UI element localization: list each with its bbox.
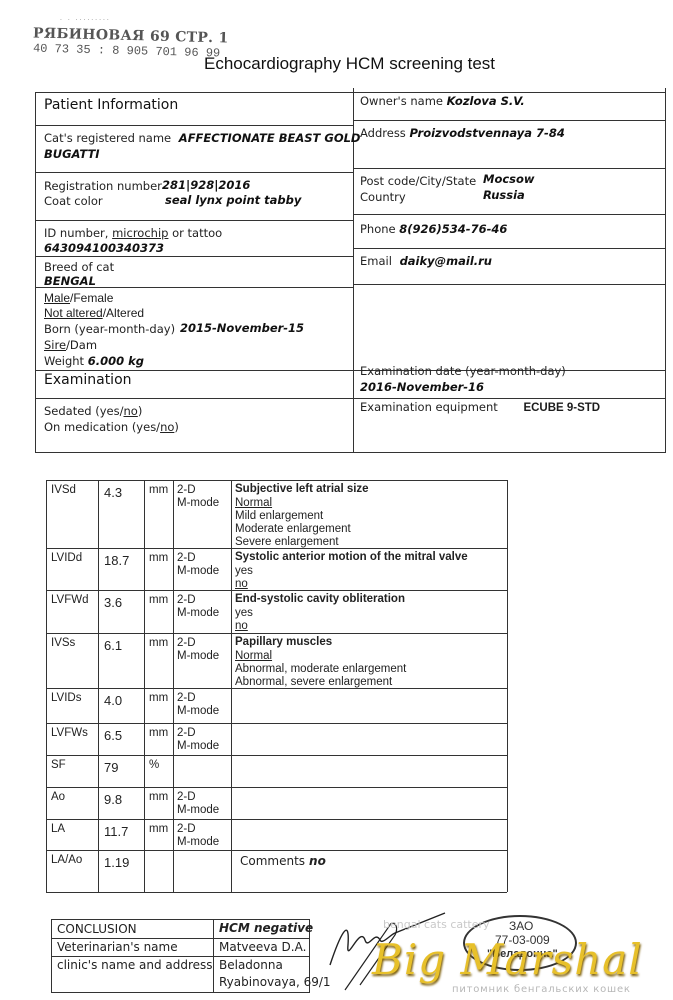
weight-value: 6.000 kg (88, 354, 144, 368)
param-name: LA (51, 823, 65, 836)
sire-other: /Dam (66, 338, 97, 352)
clinic-name-value: Beladonna (219, 958, 283, 972)
param-unit: mm (149, 484, 168, 497)
param-name: LVFWd (51, 594, 89, 607)
param-unit: mm (149, 692, 168, 705)
altered-field: Not altered/Altered (44, 306, 144, 320)
registered-name-label: Cat's registered name (44, 131, 171, 145)
assessment-cavity-option: no (235, 620, 248, 633)
exam-date-value: 2016-November-16 (360, 380, 484, 394)
assessment-cavity-title: End-systolic cavity obliteration (235, 593, 405, 606)
assessment-atrial-option: Mild enlargement (235, 510, 323, 523)
param-value: 6.1 (104, 639, 122, 652)
sedated-close: ) (138, 404, 143, 418)
examination-header: Examination (44, 372, 132, 388)
assessment-sam-title: Systolic anterior motion of the mitral v… (235, 551, 468, 564)
medication-close: ) (174, 420, 179, 434)
param-method: 2-D (177, 552, 196, 565)
assessment-sam-option: no (235, 578, 248, 591)
param-unit: mm (149, 637, 168, 650)
assessment-cavity-option: yes (235, 607, 253, 620)
sex-other: /Female (70, 291, 113, 305)
param-unit: mm (149, 552, 168, 565)
sex-selected: Male (44, 291, 70, 305)
assessment-papillary-option: Abnormal, moderate enlargement (235, 663, 406, 676)
phone-value: 8(926)534-76-46 (399, 222, 507, 236)
conclusion-value: HCM negative (219, 921, 313, 935)
assessment-atrial-option: Severe enlargement (235, 536, 339, 549)
coat-color-value: seal lynx point tabby (165, 193, 301, 207)
born-value: 2015-November-15 (180, 321, 304, 335)
id-label-suffix: or tattoo (168, 226, 222, 240)
param-method-mode: M-mode (177, 497, 219, 510)
param-value: 18.7 (104, 554, 129, 567)
address-field: Address Proizvodstvennaya 7-84 (360, 126, 565, 140)
owner-name-value: Kozlova S.V. (447, 94, 525, 108)
watermark-subtitle: питомник бенгальских кошек (452, 984, 631, 995)
param-value: 11.7 (104, 825, 128, 838)
conclusion-label: CONCLUSION (57, 922, 137, 936)
watermark-tagline: bengal cats cattery (383, 918, 490, 931)
sedated-field: Sedated (yes/no) (44, 404, 142, 418)
param-value: 3.6 (104, 596, 122, 609)
address-value: Proizvodstvennaya 7-84 (409, 126, 564, 140)
param-name: LVFWs (51, 727, 88, 740)
assessment-papillary-option: Abnormal, severe enlargement (235, 676, 392, 689)
param-method-mode: M-mode (177, 565, 219, 578)
medication-selected: no (160, 420, 174, 434)
clinic-address-value: Ryabinovaya, 69/1 (219, 975, 331, 989)
vet-name-label: Veterinarian's name (57, 940, 178, 954)
comments-value: no (309, 854, 326, 868)
param-name: LVIDs (51, 692, 81, 705)
sex-field: Male/Female (44, 291, 113, 305)
registration-label: Registration number (44, 179, 162, 193)
param-unit: mm (149, 791, 168, 804)
sire-selected: Sire (44, 338, 66, 352)
page-title: Echocardiography HCM screening test (204, 54, 495, 74)
param-unit: mm (149, 727, 168, 740)
breed-value: BENGAL (44, 274, 96, 288)
param-method-mode: M-mode (177, 607, 219, 620)
param-name: IVSd (51, 484, 76, 497)
assessment-papillary-option: Normal (235, 650, 272, 663)
breed-label: Breed of cat (44, 260, 114, 274)
equipment-value: ECUBE 9-STD (523, 402, 600, 414)
registered-name-value: AFFECTIONATE BEAST GOLD (179, 131, 361, 145)
param-method-mode: M-mode (177, 740, 219, 753)
owner-name-field: Owner's name Kozlova S.V. (360, 94, 525, 108)
id-value: 643094100340373 (44, 241, 164, 255)
country-value: Russia (483, 188, 525, 202)
assessment-atrial-title: Subjective left atrial size (235, 483, 369, 496)
medication-label: On medication (yes/ (44, 420, 160, 434)
phone-label: Phone (360, 222, 396, 236)
param-unit: mm (149, 823, 168, 836)
medication-field: On medication (yes/no) (44, 420, 179, 434)
clinic-label: clinic's name and address (57, 958, 213, 972)
assessment-atrial-option: Normal (235, 497, 272, 510)
param-value: 4.0 (104, 694, 122, 707)
email-label: Email (360, 254, 392, 268)
param-name: Ao (51, 791, 65, 804)
param-method: 2-D (177, 637, 196, 650)
registration-value: 281|928|2016 (162, 178, 250, 192)
comments-label: Comments (240, 854, 305, 868)
comments-field: Commentsno (240, 855, 326, 868)
country-label: Country (360, 190, 406, 204)
assessment-papillary-title: Papillary muscles (235, 636, 332, 649)
assessment-atrial-option: Moderate enlargement (235, 523, 351, 536)
sedated-label: Sedated (yes/ (44, 404, 124, 418)
owner-name-label: Owner's name (360, 94, 443, 108)
exam-date-label: Examination date (year-month-day) (360, 364, 566, 378)
param-unit: % (149, 759, 159, 772)
param-name: LA/Ao (51, 854, 82, 867)
seal-line1: ЗАО (509, 919, 533, 933)
param-name: SF (51, 759, 66, 772)
param-value: 9.8 (104, 793, 122, 806)
altered-selected: Not altered (44, 306, 103, 320)
equipment-label: Examination equipment (360, 400, 498, 414)
param-name: LVIDd (51, 552, 82, 565)
sire-field: Sire/Dam (44, 338, 97, 352)
param-method: 2-D (177, 594, 196, 607)
registered-name-value-cont: BUGATTI (44, 147, 100, 161)
param-method: 2-D (177, 791, 196, 804)
param-method: 2-D (177, 692, 196, 705)
email-field: Email daiky@mail.ru (360, 254, 492, 268)
param-method: 2-D (177, 727, 196, 740)
postcode-label: Post code/City/State (360, 174, 476, 188)
param-value: 4.3 (104, 486, 122, 499)
patient-info-header: Patient Information (44, 97, 178, 113)
weight-field: Weight 6.000 kg (44, 354, 144, 368)
param-method-mode: M-mode (177, 705, 219, 718)
param-value: 79 (104, 761, 118, 774)
param-method: 2-D (177, 484, 196, 497)
born-label: Born (year-month-day) (44, 322, 175, 336)
param-method-mode: M-mode (177, 650, 219, 663)
param-method: 2-D (177, 823, 196, 836)
param-name: IVSs (51, 637, 75, 650)
param-value: 1.19 (104, 856, 129, 869)
weight-label: Weight (44, 354, 84, 368)
assessment-sam-option: yes (235, 565, 253, 578)
address-label: Address (360, 126, 406, 140)
param-unit: mm (149, 594, 168, 607)
altered-other: /Altered (103, 306, 144, 320)
param-value: 6.5 (104, 729, 122, 742)
watermark-logo: Big Marshal (372, 935, 643, 984)
id-label-selected: microchip (112, 226, 168, 240)
id-label: ID number, microchip or tattoo (44, 226, 222, 240)
email-value: daiky@mail.ru (400, 254, 492, 268)
param-method-mode: M-mode (177, 836, 219, 849)
phone-field: Phone 8(926)534-76-46 (360, 222, 507, 236)
postcode-value: Mocsow (483, 172, 535, 186)
coat-color-label: Coat color (44, 194, 103, 208)
sedated-selected: no (124, 404, 138, 418)
id-label-prefix: ID number, (44, 226, 112, 240)
equipment-field: Examination equipment ECUBE 9-STD (360, 400, 600, 414)
stamp-top-text: · · ········· (60, 17, 111, 24)
param-method-mode: M-mode (177, 804, 219, 817)
vet-name-value: Matveeva D.A. (219, 940, 306, 954)
